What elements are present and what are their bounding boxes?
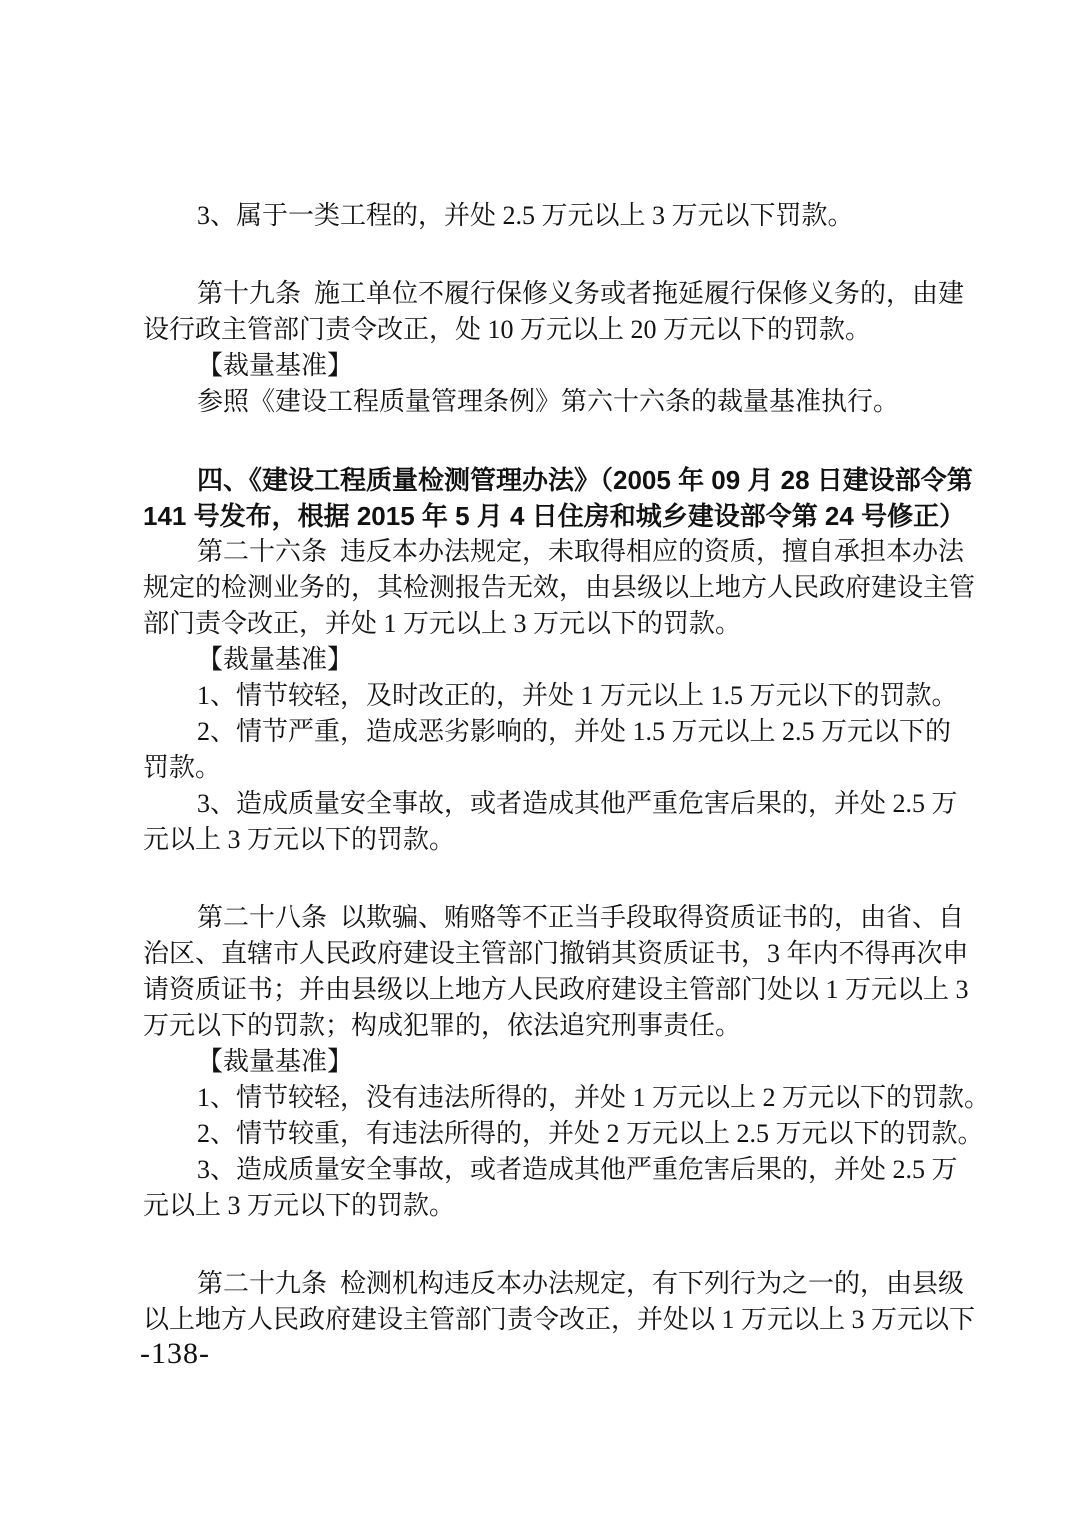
article-28-item-3: 3、造成质量安全事故，或者造成其他严重危害后果的，并处 2.5 万 元以上 3 …: [143, 1152, 1005, 1224]
article-29: 第二十九条 检测机构违反本办法规定，有下列行为之一的，由县级 以上地方人民政府建…: [143, 1266, 1005, 1338]
document-page: 3、属于一类工程的，并处 2.5 万元以上 3 万元以下罚款。 第十九条 施工单…: [0, 0, 1075, 1520]
section-4-heading: 四、《建设工程质量检测管理办法》（2005 年 09 月 28 日建设部令第 1…: [143, 462, 1005, 534]
article-26: 第二十六条 违反本办法规定，未取得相应的资质，擅自承担本办法 规定的检测业务的，…: [143, 534, 1005, 642]
item-3-class-one-project: 3、属于一类工程的，并处 2.5 万元以上 3 万元以下罚款。: [143, 198, 1005, 234]
discretion-basis-label-3: 【裁量基准】: [143, 1044, 1005, 1080]
document-text-block: 3、属于一类工程的，并处 2.5 万元以上 3 万元以下罚款。 第十九条 施工单…: [143, 198, 1005, 1338]
page-number: -138-: [140, 1336, 210, 1372]
article-19: 第十九条 施工单位不履行保修义务或者拖延履行保修义务的，由建 设行政主管部门责令…: [143, 276, 1005, 348]
article-28: 第二十八条 以欺骗、贿赂等不正当手段取得资质证书的，由省、自 治区、直辖市人民政…: [143, 900, 1005, 1044]
article-28-item-1: 1、情节较轻，没有违法所得的，并处 1 万元以上 2 万元以下的罚款。: [143, 1080, 1005, 1116]
article-26-item-2: 2、情节严重，造成恶劣影响的，并处 1.5 万元以上 2.5 万元以下的 罚款。: [143, 714, 1005, 786]
discretion-basis-label-1: 【裁量基准】: [143, 348, 1005, 384]
article-19-reference: 参照《建设工程质量管理条例》第六十六条的裁量基准执行。: [143, 384, 1005, 420]
article-28-item-2: 2、情节较重，有违法所得的，并处 2 万元以上 2.5 万元以下的罚款。: [143, 1116, 1005, 1152]
article-26-item-1: 1、情节较轻，及时改正的，并处 1 万元以上 1.5 万元以下的罚款。: [143, 678, 1005, 714]
discretion-basis-label-2: 【裁量基准】: [143, 642, 1005, 678]
article-26-item-3: 3、造成质量安全事故，或者造成其他严重危害后果的，并处 2.5 万 元以上 3 …: [143, 786, 1005, 858]
